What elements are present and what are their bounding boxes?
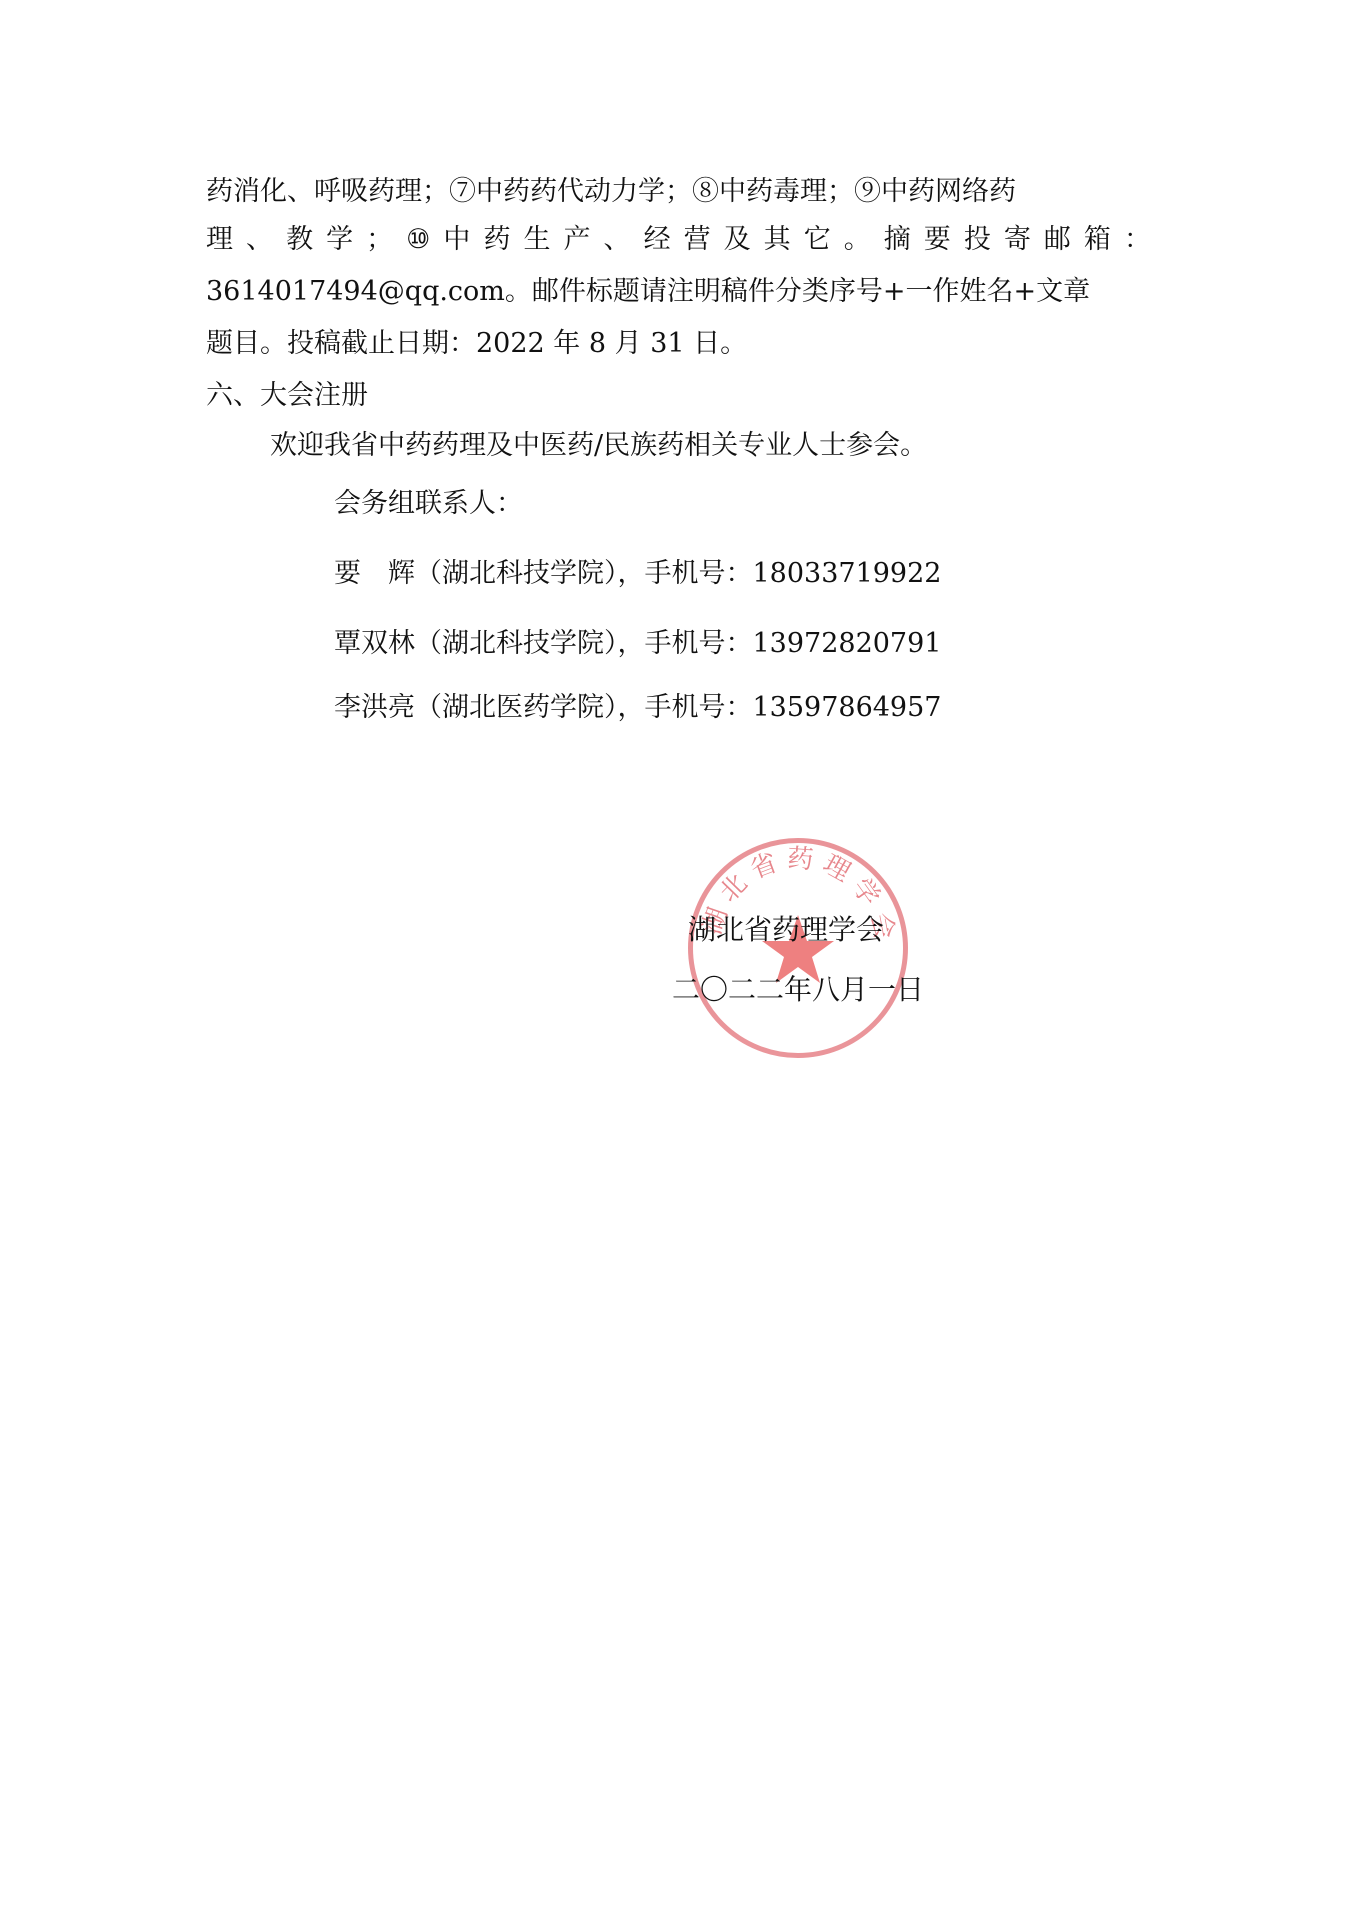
section-heading: 六、大会注册 [206,378,368,414]
paragraph-line-4-deadline: 题目。投稿截止日期：2022 年 8 月 31 日。 [206,326,747,362]
text-char: 邮 [1044,222,1071,258]
contact-item: 要 辉（湖北科技学院），手机号：18033719922 [334,556,941,592]
document-page: 药消化、呼吸药理；⑦中药药代动力学；⑧中药毒理；⑨中药网络药 理 、 教 学 ；… [0,0,1357,1918]
paragraph-line-1: 药消化、呼吸药理；⑦中药药代动力学；⑧中药毒理；⑨中药网络药 [206,174,1016,210]
text-char: 经 [644,222,671,258]
text-char: 箱 [1084,222,1111,258]
text-char: 摘 [884,222,911,258]
text-char: 要 [924,222,951,258]
text-char: ； [366,222,393,258]
text-char: 学 [326,222,353,258]
paragraph-line-2: 理 、 教 学 ； ⑩ 中 药 生 产 、 经 营 及 其 它 。 摘 要 投 … [206,222,1151,258]
text-char: 药 [483,222,510,258]
text-char: 投 [964,222,991,258]
text-char: 教 [286,222,313,258]
signature-date: 二〇二二年八月一日 [672,972,924,1008]
seal-star-icon: 湖北省药理学会 [693,843,903,1053]
text-char: 产 [564,222,591,258]
contacts-label: 会务组联系人： [334,486,523,522]
text-char: 。 [844,222,871,258]
welcome-text: 欢迎我省中药药理及中医药/民族药相关专业人士参会。 [270,428,927,464]
official-seal-stamp: 湖北省药理学会 [688,838,908,1058]
text-char: 其 [764,222,791,258]
text-char: 、 [604,222,631,258]
text-char: 及 [724,222,751,258]
paragraph-line-3-email: 3614017494@qq.com。邮件标题请注明稿件分类序号+一作姓名+文章 [206,274,1090,310]
signature-organization: 湖北省药理学会 [688,912,884,948]
text-char: 中 [443,222,470,258]
text-char: 寄 [1004,222,1031,258]
text-char: 生 [523,222,550,258]
text-char: 、 [246,222,273,258]
text-char: 它 [804,222,831,258]
text-char: 理 [206,222,233,258]
contact-item: 覃双林（湖北科技学院），手机号：13972820791 [334,626,941,662]
text-char: ： [1124,222,1151,258]
text-char: ⑩ [406,222,430,258]
contact-item: 李洪亮（湖北医药学院），手机号：13597864957 [334,690,941,726]
text-char: 营 [684,222,711,258]
